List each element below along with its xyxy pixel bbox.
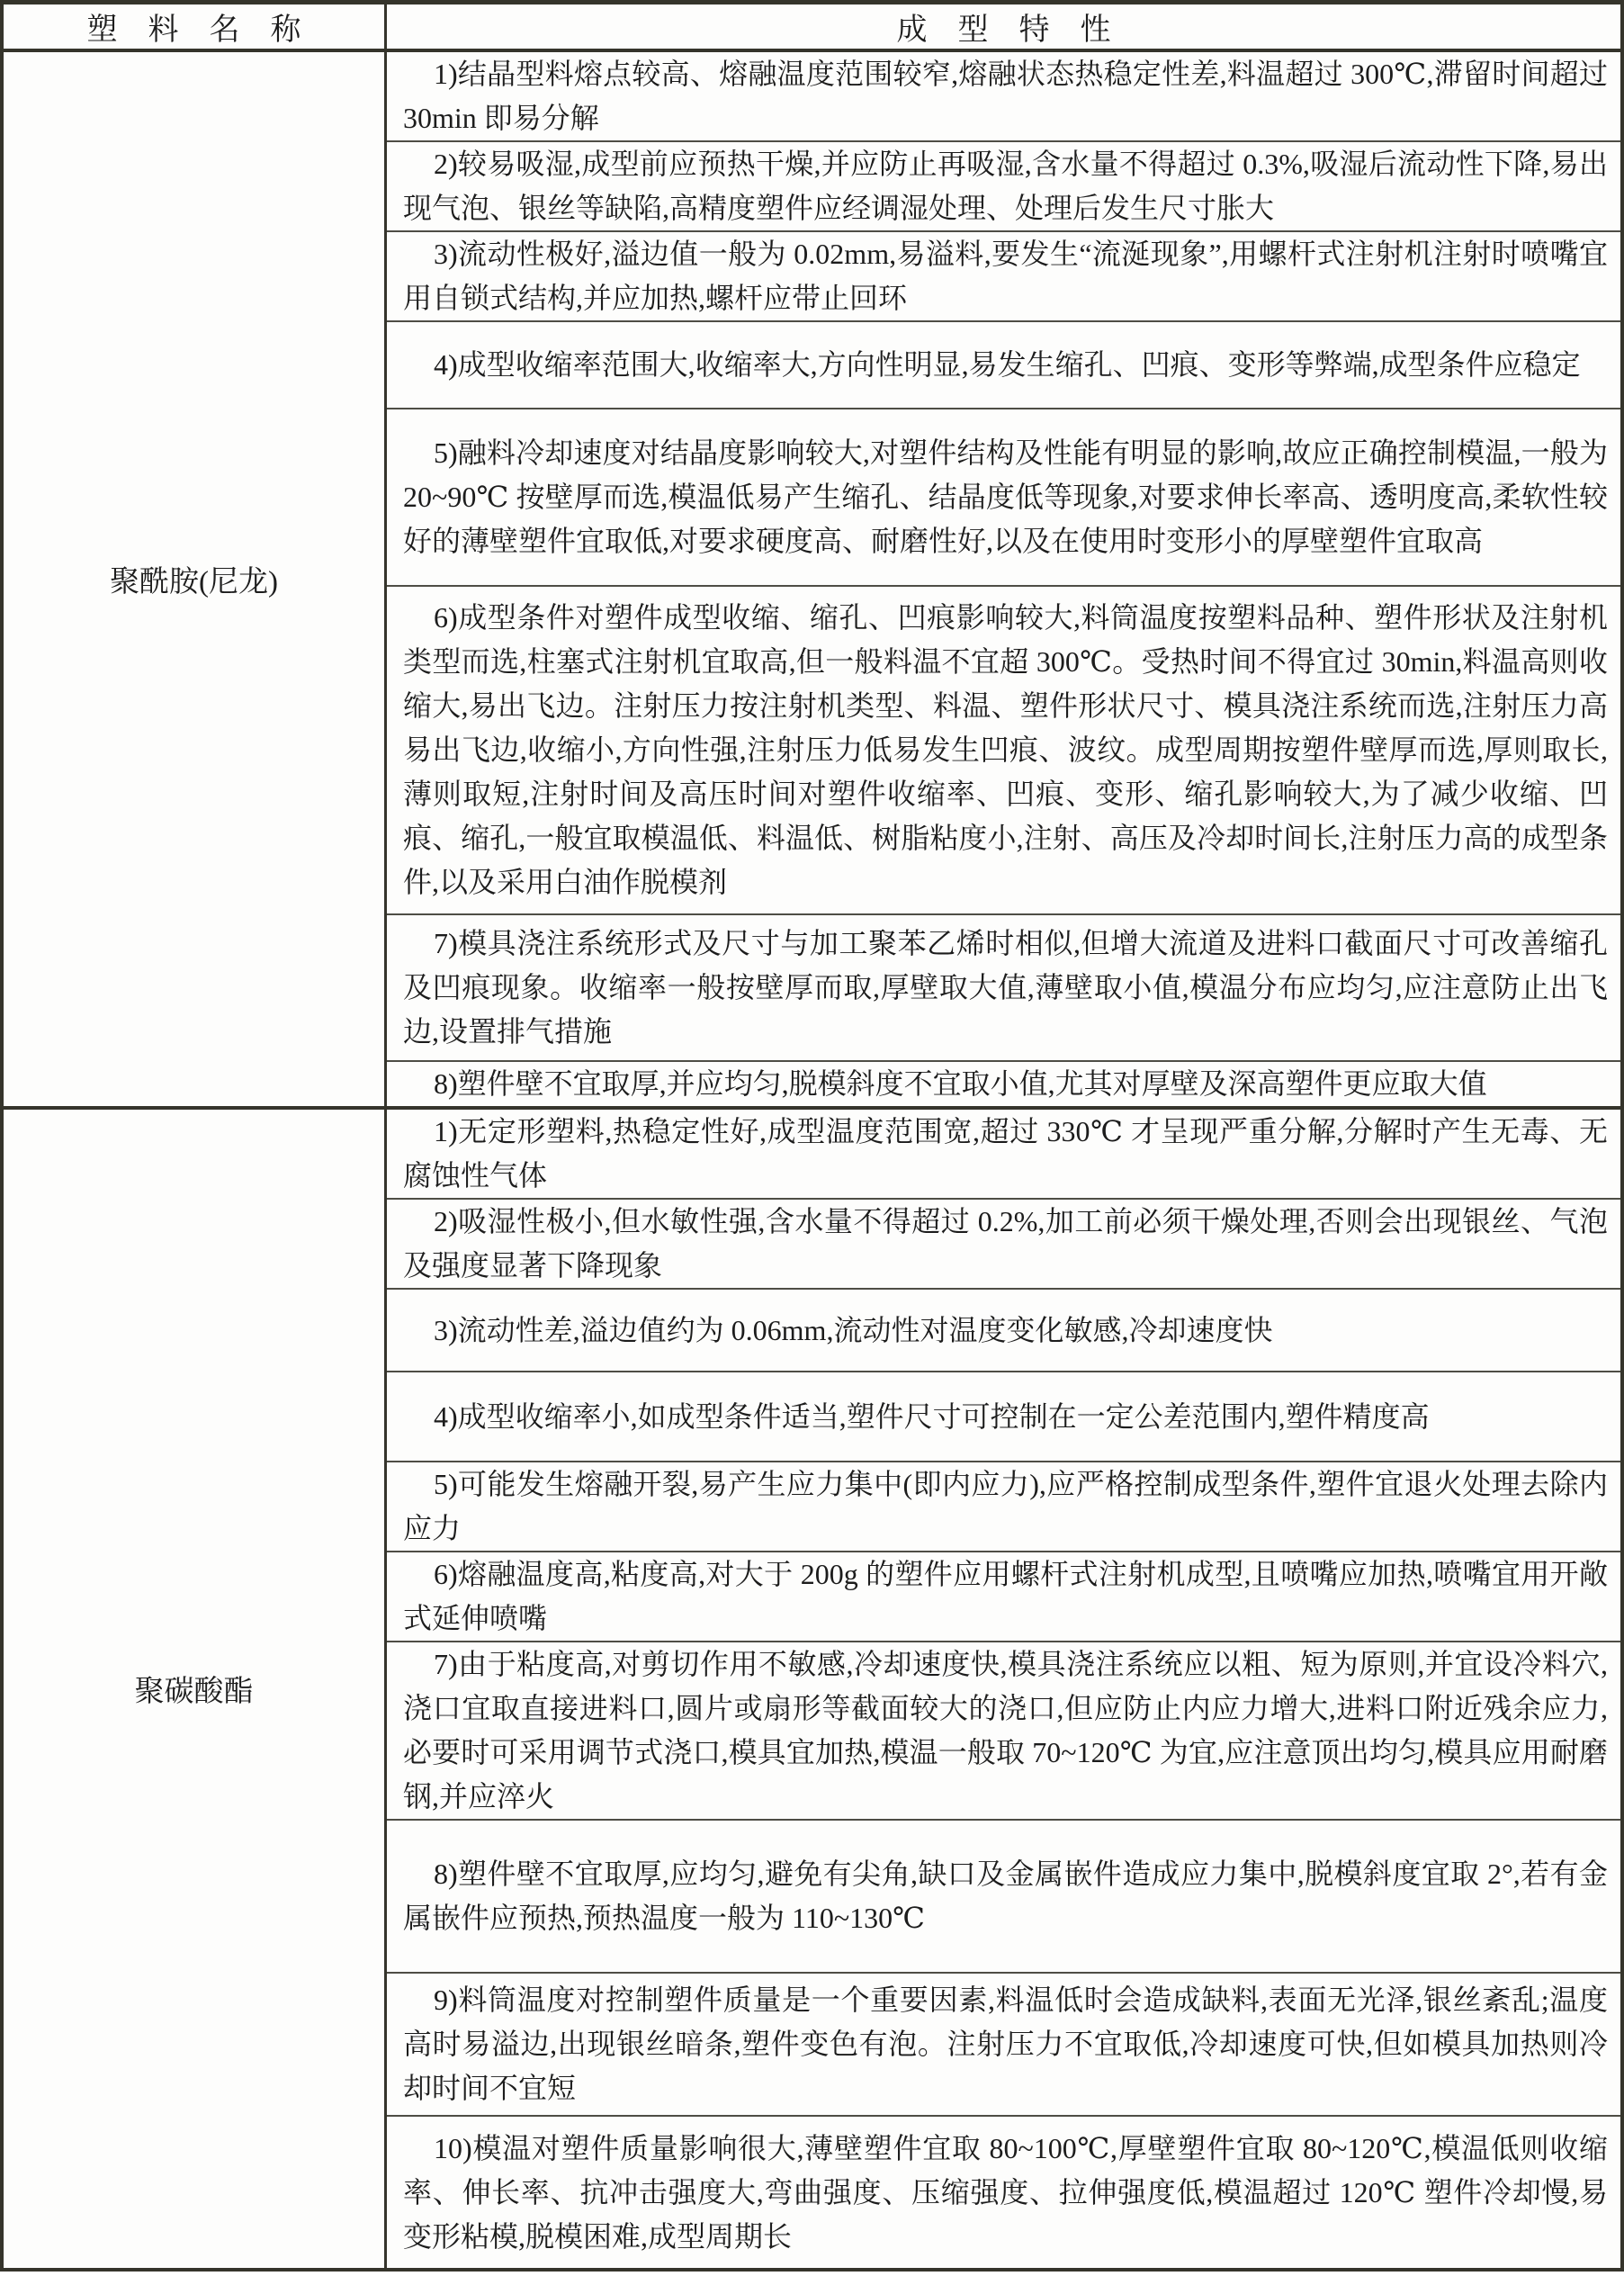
table-row: 6)成型条件对塑件成型收缩、缩孔、凹痕影响较大,料筒温度按塑料品种、塑件形状及注… [387, 585, 1620, 913]
row-text: 4)成型收缩率小,如成型条件适当,塑件尺寸可控制在一定公差范围内,塑件精度高 [403, 1395, 1430, 1439]
plastics-molding-table: 塑料名称 成型特性 聚酰胺(尼龙) 1)结晶型料熔点较高、熔融温度范围较窄,熔融… [0, 0, 1624, 2272]
section-polyamide: 聚酰胺(尼龙) 1)结晶型料熔点较高、熔融温度范围较窄,熔融状态热稳定性差,料温… [4, 52, 1620, 1106]
row-text: 5)融料冷却速度对结晶度影响较大,对塑件结构及性能有明显的影响,故应正确控制模温… [403, 431, 1608, 563]
characteristics-list: 1)结晶型料熔点较高、熔融温度范围较窄,熔融状态热稳定性差,料温超过 300℃,… [387, 52, 1620, 1106]
plastic-name-label: 聚碳酸酯 [135, 1668, 254, 1710]
row-text: 3)流动性差,溢边值约为 0.06mm,流动性对温度变化敏感,冷却速度快 [403, 1309, 1272, 1353]
plastic-name-cell: 聚酰胺(尼龙) [4, 52, 387, 1106]
row-text: 8)塑件壁不宜取厚,并应均匀,脱模斜度不宜取小值,尤其对厚壁及深高塑件更应取大值 [403, 1062, 1487, 1106]
table-row: 8)塑件壁不宜取厚,应均匀,避免有尖角,缺口及金属嵌件造成应力集中,脱模斜度宜取… [387, 1819, 1620, 1972]
table-row: 3)流动性极好,溢边值一般为 0.02mm,易溢料,要发生“流涎现象”,用螺杆式… [387, 230, 1620, 320]
table-row: 10)模温对塑件质量影响很大,薄壁塑件宜取 80~100℃,厚壁塑件宜取 80~… [387, 2115, 1620, 2268]
row-text: 1)结晶型料熔点较高、熔融温度范围较窄,熔融状态热稳定性差,料温超过 300℃,… [403, 52, 1608, 140]
table-row: 5)可能发生熔融开裂,易产生应力集中(即内应力),应严格控制成型条件,塑件宜退火… [387, 1461, 1620, 1551]
table-row: 1)无定形塑料,热稳定性好,成型温度范围宽,超过 330℃ 才呈现严重分解,分解… [387, 1110, 1620, 1198]
row-text: 7)模具浇注系统形式及尺寸与加工聚苯乙烯时相似,但增大流道及进料口截面尺寸可改善… [403, 922, 1608, 1054]
row-text: 5)可能发生熔融开裂,易产生应力集中(即内应力),应严格控制成型条件,塑件宜退火… [403, 1462, 1608, 1551]
row-text: 10)模温对塑件质量影响很大,薄壁塑件宜取 80~100℃,厚壁塑件宜取 80~… [403, 2127, 1608, 2259]
row-text: 4)成型收缩率范围大,收缩率大,方向性明显,易发生缩孔、凹痕、变形等弊端,成型条… [403, 343, 1581, 387]
table-row: 1)结晶型料熔点较高、熔融温度范围较窄,熔融状态热稳定性差,料温超过 300℃,… [387, 52, 1620, 140]
row-text: 7)由于粘度高,对剪切作用不敏感,冷却速度快,模具浇注系统应以粗、短为原则,并宜… [403, 1642, 1608, 1819]
row-text: 1)无定形塑料,热稳定性好,成型温度范围宽,超过 330℃ 才呈现严重分解,分解… [403, 1110, 1608, 1198]
table-row: 6)熔融温度高,粘度高,对大于 200g 的塑件应用螺杆式注射机成型,且喷嘴应加… [387, 1551, 1620, 1641]
header-molding-characteristics: 成型特性 [387, 4, 1620, 49]
row-text: 3)流动性极好,溢边值一般为 0.02mm,易溢料,要发生“流涎现象”,用螺杆式… [403, 232, 1608, 320]
plastic-name-label: 聚酰胺(尼龙) [110, 558, 278, 600]
header-plastic-name: 塑料名称 [4, 4, 387, 49]
characteristics-list: 1)无定形塑料,热稳定性好,成型温度范围宽,超过 330℃ 才呈现严重分解,分解… [387, 1110, 1620, 2268]
table-row: 4)成型收缩率范围大,收缩率大,方向性明显,易发生缩孔、凹痕、变形等弊端,成型条… [387, 320, 1620, 408]
table-row: 8)塑件壁不宜取厚,并应均匀,脱模斜度不宜取小值,尤其对厚壁及深高塑件更应取大值 [387, 1060, 1620, 1106]
plastic-name-cell: 聚碳酸酯 [4, 1110, 387, 2268]
table-row: 2)吸湿性极小,但水敏性强,含水量不得超过 0.2%,加工前必须干燥处理,否则会… [387, 1198, 1620, 1288]
section-polycarbonate: 聚碳酸酯 1)无定形塑料,热稳定性好,成型温度范围宽,超过 330℃ 才呈现严重… [4, 1106, 1620, 2268]
table-row: 7)由于粘度高,对剪切作用不敏感,冷却速度快,模具浇注系统应以粗、短为原则,并宜… [387, 1641, 1620, 1819]
row-text: 2)吸湿性极小,但水敏性强,含水量不得超过 0.2%,加工前必须干燥处理,否则会… [403, 1200, 1608, 1288]
table-header-row: 塑料名称 成型特性 [4, 4, 1620, 52]
header-plastic-name-label: 塑料名称 [87, 4, 332, 49]
table-row: 4)成型收缩率小,如成型条件适当,塑件尺寸可控制在一定公差范围内,塑件精度高 [387, 1371, 1620, 1461]
table-row: 3)流动性差,溢边值约为 0.06mm,流动性对温度变化敏感,冷却速度快 [387, 1288, 1620, 1371]
table-row: 5)融料冷却速度对结晶度影响较大,对塑件结构及性能有明显的影响,故应正确控制模温… [387, 408, 1620, 585]
row-text: 2)较易吸湿,成型前应预热干燥,并应防止再吸湿,含水量不得超过 0.3%,吸湿后… [403, 142, 1608, 230]
row-text: 8)塑件壁不宜取厚,应均匀,避免有尖角,缺口及金属嵌件造成应力集中,脱模斜度宜取… [403, 1852, 1608, 1940]
table-row: 9)料筒温度对控制塑件质量是一个重要因素,料温低时会造成缺料,表面无光泽,银丝紊… [387, 1972, 1620, 2115]
row-text: 6)熔融温度高,粘度高,对大于 200g 的塑件应用螺杆式注射机成型,且喷嘴应加… [403, 1552, 1608, 1641]
row-text: 9)料筒温度对控制塑件质量是一个重要因素,料温低时会造成缺料,表面无光泽,银丝紊… [403, 1978, 1608, 2110]
header-molding-characteristics-label: 成型特性 [897, 4, 1142, 49]
table-row: 7)模具浇注系统形式及尺寸与加工聚苯乙烯时相似,但增大流道及进料口截面尺寸可改善… [387, 913, 1620, 1060]
table-row: 2)较易吸湿,成型前应预热干燥,并应防止再吸湿,含水量不得超过 0.3%,吸湿后… [387, 140, 1620, 230]
row-text: 6)成型条件对塑件成型收缩、缩孔、凹痕影响较大,料筒温度按塑料品种、塑件形状及注… [403, 596, 1608, 904]
